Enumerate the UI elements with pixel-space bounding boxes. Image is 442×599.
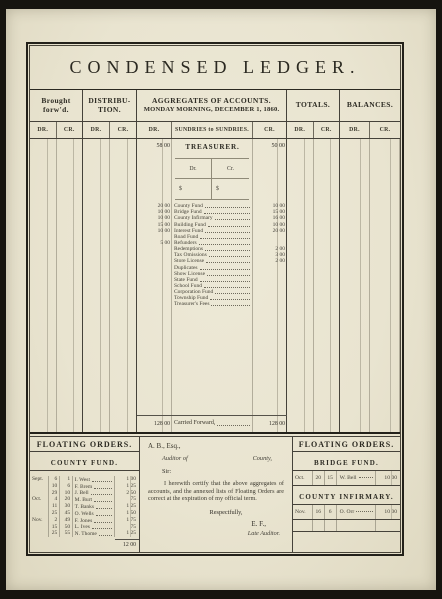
- order-amount: 1 25: [115, 483, 139, 490]
- carried-forward-dr: 128 00: [137, 421, 172, 427]
- bf-cr-header: CR.: [57, 122, 84, 138]
- order-month: Nov.: [30, 517, 49, 524]
- account-name: Duplicates: [174, 265, 198, 271]
- order-amount: 75: [115, 496, 139, 503]
- agg-dr-header: DR.: [137, 122, 172, 138]
- order-day: 25: [49, 510, 60, 517]
- order-day: 10: [49, 483, 60, 490]
- section-header-row: Brought forw'd. DISTRIBU- TION. AGGREGAT…: [30, 90, 400, 122]
- dotted-leader: [96, 515, 113, 516]
- order-amount: 1 50: [115, 510, 139, 517]
- account-name: Tax Omissions: [174, 252, 207, 258]
- totals-cr-header: CR.: [314, 122, 341, 138]
- header-distribution: DISTRIBU- TION.: [83, 90, 137, 121]
- account-dr: 10 00: [137, 209, 172, 215]
- order-row: Nov.249F. Jones1 75: [30, 517, 139, 524]
- photo-background: CONDENSED LEDGER. Brought forw'd. DISTRI…: [0, 0, 442, 599]
- order-day: 20: [313, 471, 325, 485]
- dotted-leader: [209, 256, 250, 257]
- letter-body: I herewith certify that the above aggreg…: [148, 480, 284, 503]
- order-amount: 1 25: [115, 503, 139, 510]
- ledger-form: CONDENSED LEDGER. Brought forw'd. DISTRI…: [29, 45, 401, 553]
- account-name: Treasurer's Fees: [174, 301, 209, 307]
- order-payee: O. Orr: [340, 509, 355, 515]
- letter-addressee-role: Auditor of: [162, 455, 188, 462]
- order-number: 6: [325, 505, 337, 519]
- bridge-fund-title: BRIDGE FUND.: [293, 452, 400, 471]
- letter-signature: E. F.,: [148, 520, 284, 528]
- order-amount: 1 00: [115, 476, 139, 483]
- account-row: 10 00County Infirmary16 00: [137, 215, 287, 221]
- order-number: 49: [60, 517, 73, 524]
- ledger-body: 58 00 TREASURER. 50 00 Dr. Cr. $ $: [30, 139, 400, 432]
- drcr-header-row: DR. CR. DR. CR. DR. SUNDRIES to SUNDRIES…: [30, 122, 400, 139]
- dotted-leader: [207, 275, 250, 276]
- dotted-leader: [205, 207, 250, 208]
- order-day: 11: [49, 503, 60, 510]
- account-cr: 16 00: [253, 215, 287, 221]
- letter-addressee-place: County,: [253, 455, 272, 462]
- account-dr: 20 00: [137, 203, 172, 209]
- dotted-leader: [206, 262, 250, 263]
- treasurer-subtable: Dr. Cr. $ $: [175, 158, 249, 200]
- account-cr: 10 00: [253, 222, 287, 228]
- order-payee: N. Thome: [75, 531, 97, 537]
- order-day: 16: [313, 505, 325, 519]
- dotted-leader: [210, 299, 250, 300]
- account-cr: 10 00: [253, 203, 287, 209]
- order-month: [30, 524, 49, 531]
- order-amount: 1 25: [115, 530, 139, 537]
- letter-signature-title: Late Auditor.: [148, 530, 284, 537]
- account-name: Interest Fund: [174, 228, 203, 234]
- distribution-label-line2: TION.: [98, 106, 121, 115]
- order-number: 20: [60, 496, 73, 503]
- accounts-list: 20 00County Fund10 00 10 00Bridge Fund15…: [137, 203, 287, 307]
- order-amount: 75: [115, 524, 139, 531]
- dist-cr-column: [110, 139, 137, 432]
- bridge-fund-row: Oct. 20 15 W. Bell 10 00: [293, 471, 400, 486]
- account-name: Show License: [174, 271, 205, 277]
- county-fund-table: Sept.61I. West1 00 106F. Brem1 25 2910J.…: [30, 476, 139, 537]
- dotted-leader: [211, 305, 250, 306]
- dotted-leader: [200, 281, 250, 282]
- dotted-leader: [199, 244, 250, 245]
- floating-orders-right-title: FLOATING ORDERS.: [293, 437, 400, 452]
- order-row: 2555N. Thome1 25: [30, 530, 139, 537]
- treasurer-sub-dr: Dr.: [175, 159, 212, 178]
- treasurer-dollar-dr: $: [175, 179, 212, 199]
- order-number: 10: [60, 490, 73, 497]
- order-row: 2545O. Wells1 50: [30, 510, 139, 517]
- bf-dr-column: [30, 139, 57, 432]
- aggregates-entries: 58 00 TREASURER. 50 00 Dr. Cr. $ $: [137, 139, 287, 432]
- account-name: Township Fund: [174, 295, 208, 301]
- balances-cr-column: [370, 139, 400, 432]
- dotted-leader: [99, 535, 112, 536]
- bottom-section: FLOATING ORDERS. COUNTY FUND. Sept.61I. …: [30, 437, 400, 552]
- order-number: 15: [325, 471, 337, 485]
- order-amount: 10 00: [376, 505, 400, 519]
- order-row: 106F. Brem1 25: [30, 483, 139, 490]
- order-number: 55: [60, 530, 73, 537]
- ledger-page: CONDENSED LEDGER. Brought forw'd. DISTRI…: [6, 9, 436, 590]
- order-number: 30: [60, 503, 73, 510]
- header-totals: TOTALS.: [287, 90, 340, 121]
- empty-order-row: [293, 520, 400, 532]
- treasurer-dr-value: 58 00: [137, 143, 172, 153]
- dotted-leader: [94, 488, 112, 489]
- account-name: County Infirmary: [174, 215, 213, 221]
- bf-dr-header: DR.: [30, 122, 57, 138]
- order-day: 6: [49, 476, 60, 483]
- order-row: Oct.420M. Burt75: [30, 496, 139, 503]
- title-row: CONDENSED LEDGER.: [30, 46, 400, 90]
- order-number: 6: [60, 483, 73, 490]
- account-name: Refunders: [174, 240, 197, 246]
- order-month: [30, 503, 49, 510]
- order-month: [30, 530, 49, 537]
- order-amount: 10 00: [376, 471, 400, 485]
- order-row: 1550L. Ives75: [30, 524, 139, 531]
- order-amount: 2 50: [115, 490, 139, 497]
- totals-dr-column: [287, 139, 314, 432]
- account-row: 15 00Building Fund10 00: [137, 221, 287, 227]
- order-payee: W. Bell: [340, 475, 357, 481]
- account-row: 20 00County Fund10 00: [137, 203, 287, 209]
- county-fund-total-row: 12 00: [30, 537, 139, 549]
- treasurer-label: TREASURER.: [172, 143, 253, 153]
- account-cr: 20 00: [253, 228, 287, 234]
- balances-cr-header: CR.: [370, 122, 400, 138]
- order-day: 25: [49, 530, 60, 537]
- brought-forward-label: Brought forw'd.: [30, 97, 82, 114]
- dotted-leader: [91, 494, 113, 495]
- treasurer-dollar-cr: $: [212, 179, 249, 199]
- dotted-leader: [94, 501, 112, 502]
- dotted-leader: [94, 522, 112, 523]
- header-brought-forward: Brought forw'd.: [30, 90, 83, 121]
- order-month: [30, 510, 49, 517]
- floating-orders-left-title: FLOATING ORDERS.: [30, 437, 139, 452]
- dotted-leader: [204, 287, 250, 288]
- dotted-leader: [96, 508, 112, 509]
- account-name: School Fund: [174, 283, 202, 289]
- carried-forward-label: Carried Forward,: [174, 420, 215, 427]
- account-dr: 5 00: [137, 240, 172, 246]
- order-number: 1: [60, 476, 73, 483]
- dotted-leader: [356, 511, 373, 512]
- dotted-leader: [205, 250, 250, 251]
- account-name: Road Fund: [174, 234, 198, 240]
- order-month: [30, 490, 49, 497]
- order-month: Nov.: [293, 505, 313, 519]
- account-dr: 15 00: [137, 222, 172, 228]
- dotted-leader: [200, 269, 250, 270]
- treasurer-cr-value: 50 00: [253, 143, 287, 153]
- order-month: Oct.: [293, 471, 313, 485]
- header-balances: BALANCES.: [340, 90, 400, 121]
- balances-dr-header: DR.: [340, 122, 370, 138]
- totals-dr-header: DR.: [287, 122, 314, 138]
- letter-addressee: A. B., Esq.,: [148, 442, 284, 450]
- account-name: Building Fund: [174, 222, 206, 228]
- account-cr: 15 00: [253, 209, 287, 215]
- treasurer-sub-cr: Cr.: [212, 159, 249, 178]
- aggregates-label: AGGREGATES OF ACCOUNTS.: [152, 97, 271, 106]
- order-row: 2910J. Bell2 50: [30, 490, 139, 497]
- account-name: State Fund: [174, 277, 198, 283]
- dotted-leader: [208, 226, 250, 227]
- order-row: Sept.61I. West1 00: [30, 476, 139, 483]
- account-name: County Fund: [174, 203, 203, 209]
- agg-cr-header: CR.: [253, 122, 287, 138]
- dotted-leader: [359, 477, 374, 478]
- order-day: 15: [49, 524, 60, 531]
- floating-orders-left: FLOATING ORDERS. COUNTY FUND. Sept.61I. …: [30, 437, 140, 552]
- dist-dr-column: [83, 139, 110, 432]
- account-cr: 2 00: [253, 246, 287, 252]
- account-dr: 10 00: [137, 215, 172, 221]
- order-row: 1130T. Banks1 25: [30, 503, 139, 510]
- order-amount: 1 75: [115, 517, 139, 524]
- order-day: 2: [49, 517, 60, 524]
- order-number: 50: [60, 524, 73, 531]
- treasurer-row: 58 00 TREASURER. 50 00: [137, 143, 287, 153]
- carried-forward-row: 128 00 Carried Forward, 128 00: [137, 415, 287, 431]
- dotted-leader: [92, 481, 112, 482]
- totals-cr-column: [314, 139, 341, 432]
- county-fund-title: COUNTY FUND.: [30, 452, 139, 471]
- balances-label: BALANCES.: [347, 101, 393, 110]
- auditor-letter: A. B., Esq., Auditor of County, Sir: I h…: [140, 437, 292, 552]
- dotted-leader: [215, 293, 250, 294]
- dotted-leader: [92, 528, 112, 529]
- balances-dr-column: [340, 139, 370, 432]
- county-infirmary-row: Nov. 16 6 O. Orr 10 00: [293, 505, 400, 520]
- account-row: 10 00Interest Fund20 00: [137, 228, 287, 234]
- account-row: Treasurer's Fees: [137, 301, 287, 307]
- order-day: 4: [49, 496, 60, 503]
- account-name: Corporation Fund: [174, 289, 213, 295]
- dist-dr-header: DR.: [83, 122, 110, 138]
- order-month: [30, 483, 49, 490]
- dotted-leader: [205, 232, 250, 233]
- order-month: Sept.: [30, 476, 49, 483]
- letter-salutation: Sir:: [162, 468, 284, 475]
- letter-closing: Respectfully,: [148, 509, 284, 516]
- county-fund-total: 12 00: [115, 539, 139, 548]
- sundries-header: SUNDRIES to SUNDRIES.: [172, 122, 253, 138]
- dotted-leader: [215, 219, 250, 220]
- aggregates-date: MONDAY MORNING, DECEMBER 1, 1860.: [144, 106, 280, 114]
- account-dr: 10 00: [137, 228, 172, 234]
- order-day: 29: [49, 490, 60, 497]
- dist-cr-header: CR.: [110, 122, 137, 138]
- account-cr: 3 00: [253, 252, 287, 258]
- floating-orders-right: FLOATING ORDERS. BRIDGE FUND. Oct. 20 15…: [292, 437, 400, 552]
- account-cr: 2 00: [253, 258, 287, 264]
- dotted-leader: [217, 425, 250, 426]
- carried-forward-cr: 128 00: [253, 421, 287, 427]
- totals-label: TOTALS.: [296, 101, 330, 110]
- page-title: CONDENSED LEDGER.: [70, 57, 361, 78]
- account-name: Store License: [174, 258, 204, 264]
- account-name: Redemptions: [174, 246, 203, 252]
- header-aggregates: AGGREGATES OF ACCOUNTS. MONDAY MORNING, …: [137, 90, 287, 121]
- ruled-border: CONDENSED LEDGER. Brought forw'd. DISTRI…: [26, 42, 404, 556]
- order-number: 45: [60, 510, 73, 517]
- dotted-leader: [200, 238, 250, 239]
- county-infirmary-title: COUNTY INFIRMARY.: [293, 486, 400, 505]
- bf-cr-column: [57, 139, 84, 432]
- order-month: Oct.: [30, 496, 49, 503]
